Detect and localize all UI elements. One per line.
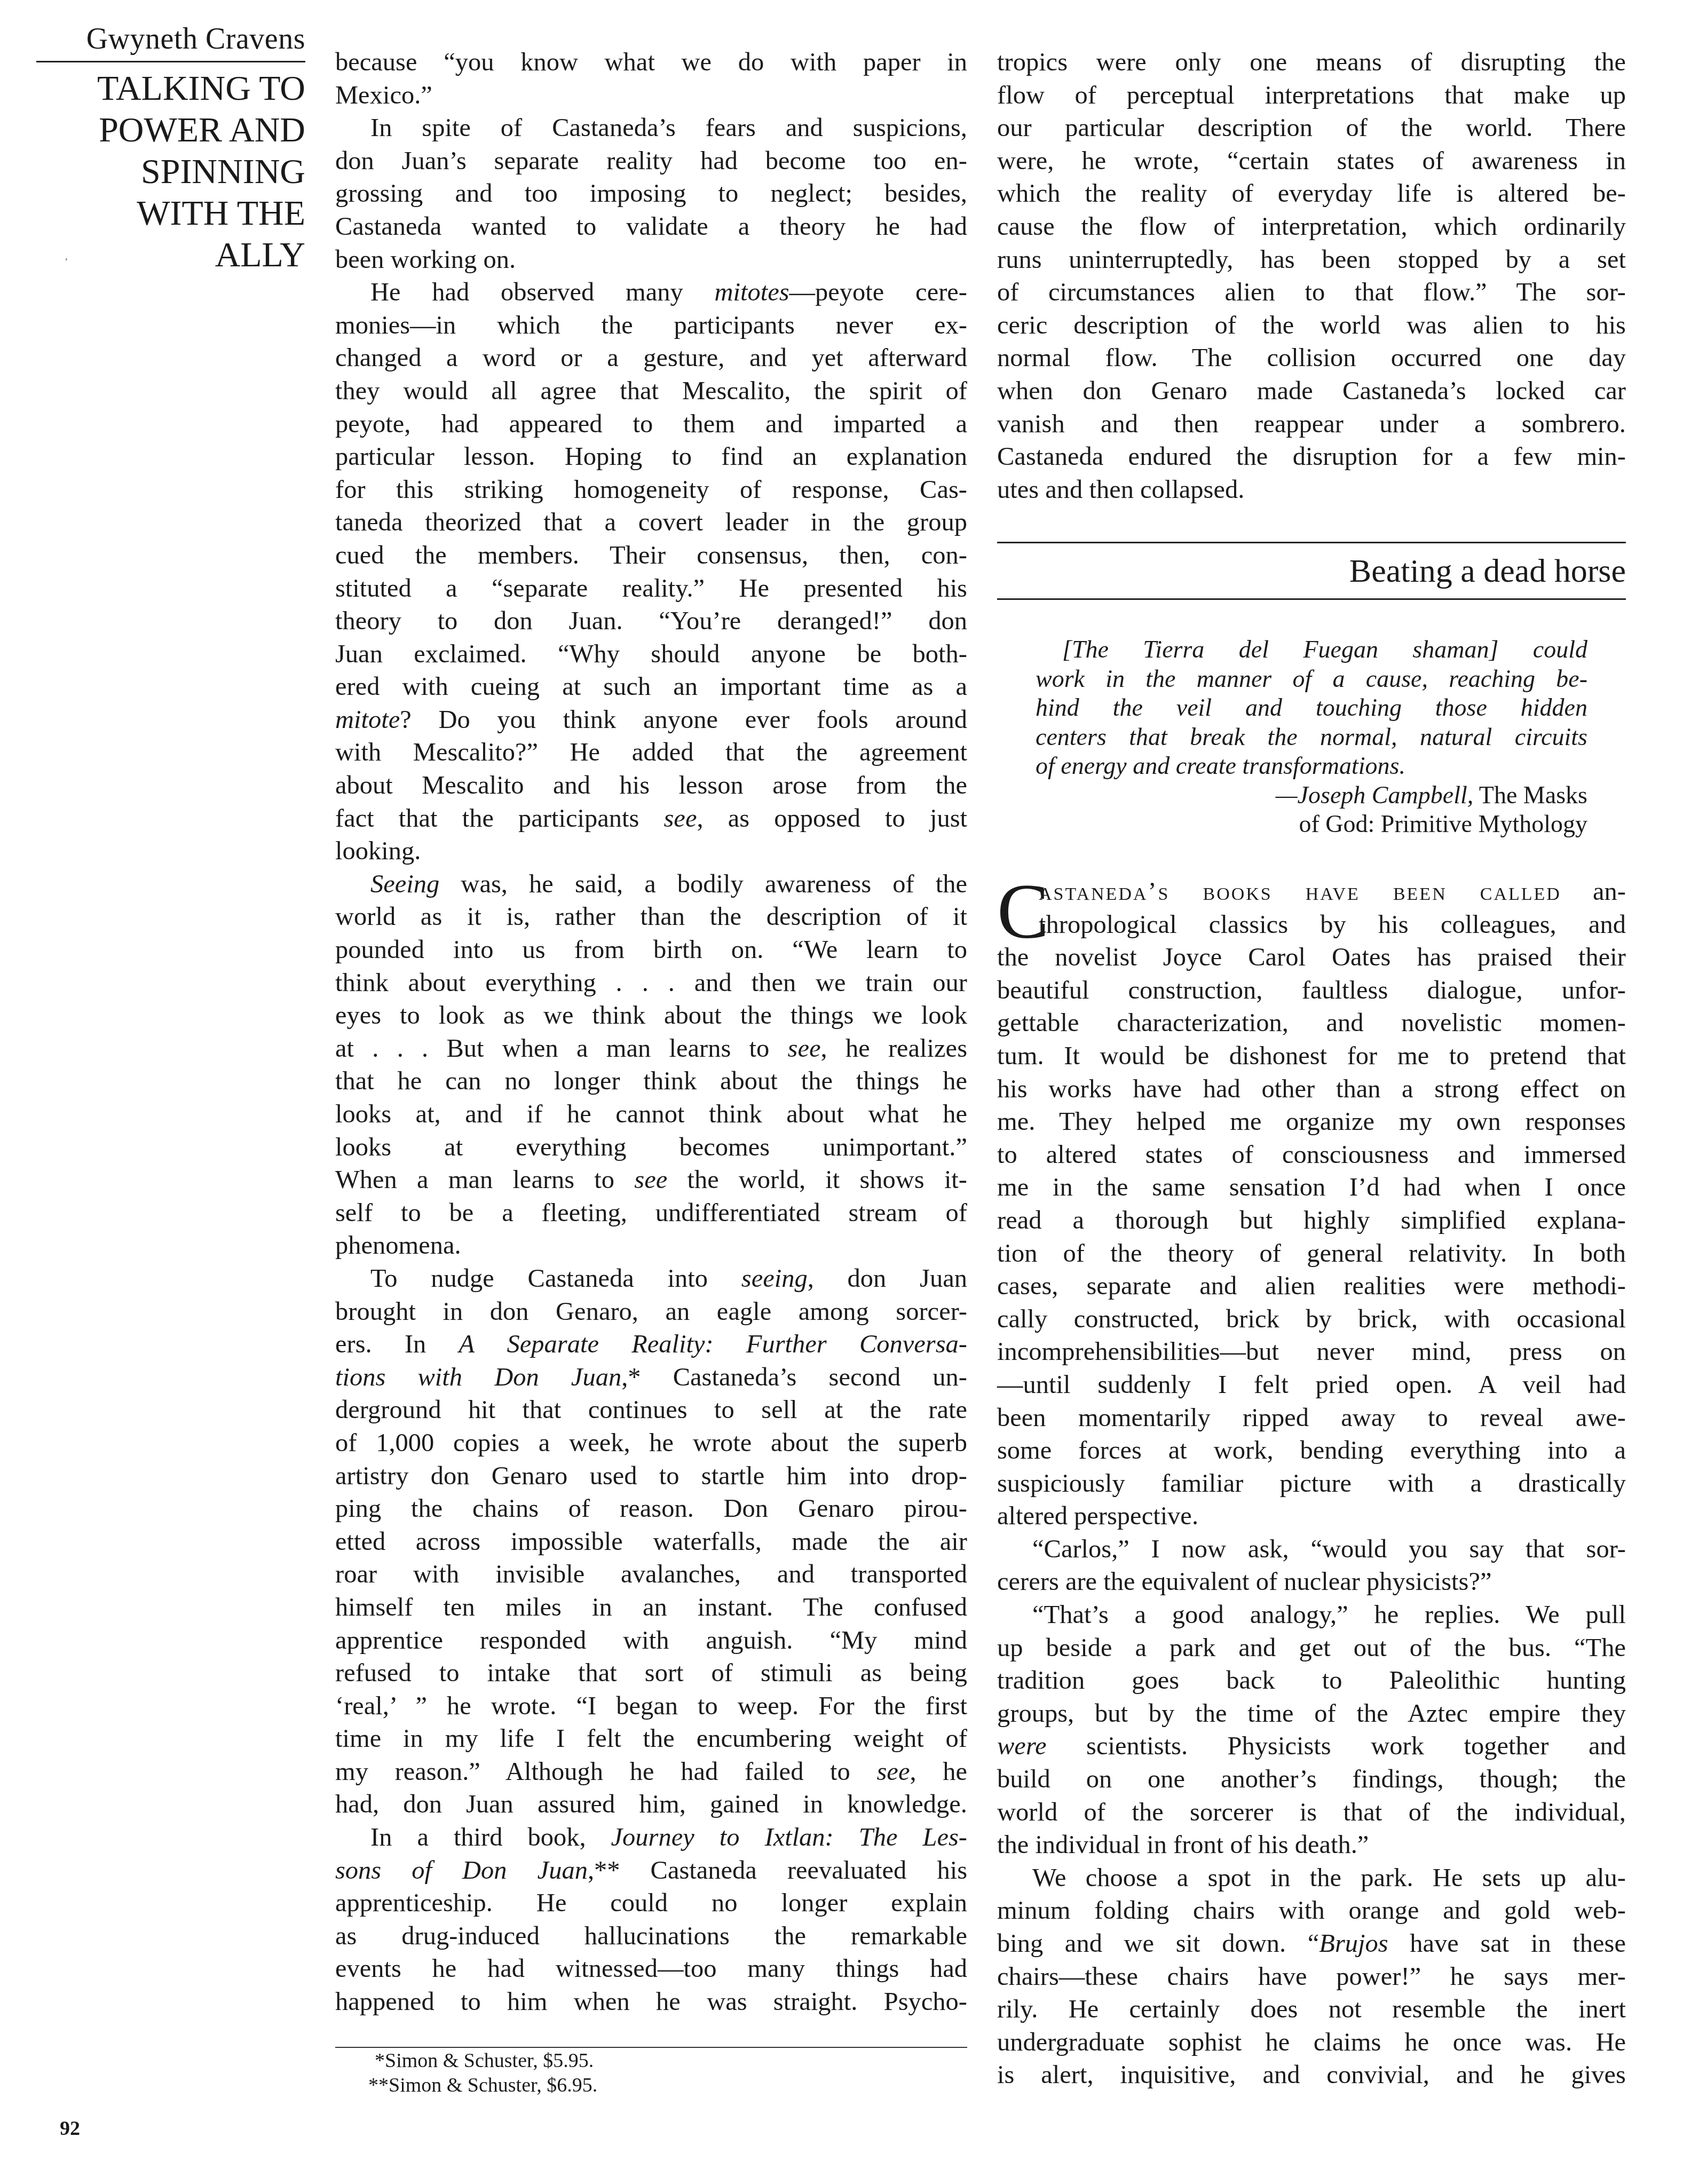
headline-line: WITH THE — [36, 193, 305, 234]
italic-text: see — [664, 804, 697, 833]
text-line: is alert, inquisitive, and convivial, an… — [997, 2059, 1626, 2092]
text-line: time in my life I felt the encumbering w… — [335, 1722, 967, 1755]
print-speck: , — [65, 251, 68, 262]
text-line: hind the veil and touching those hidden — [1036, 693, 1587, 723]
text-line: etted across impossible waterfalls, made… — [335, 1525, 967, 1558]
text-line: brought in don Genaro, an eagle among so… — [335, 1295, 967, 1328]
text-line: sons of Don Juan,** Castaneda reevaluate… — [335, 1854, 967, 1887]
text-line: read a thorough but highly simplified ex… — [997, 1204, 1626, 1237]
text-line: refused to intake that sort of stimuli a… — [335, 1657, 967, 1690]
text-line: Seeing was, he said, a bodily awareness … — [335, 868, 967, 901]
text-line: to altered states of consciousness and i… — [997, 1138, 1626, 1172]
text-line: as drug-induced hallucinations the remar… — [335, 1920, 967, 1953]
italic-text: seeing — [741, 1264, 808, 1293]
text-line: they would all agree that Mescalito, the… — [335, 375, 967, 408]
footnote: **Simon & Schuster, $6.95. — [368, 2073, 597, 2098]
text-line: because “you know what we do with paper … — [335, 46, 967, 79]
text-line: tropics were only one means of disruptin… — [997, 46, 1626, 79]
body-column-right-bottom: C astaneda’s books have been called an- … — [997, 875, 1626, 2092]
italic-text: sons of Don Juan — [335, 1856, 588, 1885]
text-line: taneda theorized that a covert leader in… — [335, 506, 967, 539]
text-line: some forces at work, bending everything … — [997, 1434, 1626, 1467]
text-line: In spite of Castaneda’s fears and suspic… — [335, 112, 967, 145]
text-line: tum. It would be dishonest for me to pre… — [997, 1040, 1626, 1073]
text-line: me in the same sensation I’d had when I … — [997, 1171, 1626, 1204]
text-line: about Mescalito and his lesson arose fro… — [335, 769, 967, 802]
text-line: grossing and too imposing to neglect; be… — [335, 177, 967, 210]
text-line: ered with cueing at such an important ti… — [335, 670, 967, 703]
epigraph-quote: [The Tierra del Fuegan shaman] couldwork… — [1036, 635, 1587, 839]
attribution-title: The Masks — [1473, 781, 1587, 809]
section-divider-bottom — [997, 598, 1626, 600]
text-line: had, don Juan assured him, gained in kno… — [335, 1788, 967, 1821]
text-line: particular lesson. Hoping to find an exp… — [335, 440, 967, 473]
headline-line: ALLY — [36, 234, 305, 276]
section-divider-top — [997, 542, 1626, 543]
text-line: normal flow. The collision occurred one … — [997, 342, 1626, 375]
text-line: my reason.” Although he had failed to se… — [335, 1755, 967, 1789]
footnote: *Simon & Schuster, $5.95. — [368, 2048, 597, 2073]
italic-text: see — [876, 1758, 910, 1786]
text-line: the novelist Joyce Carol Oates has prais… — [997, 941, 1626, 974]
text-line: think about everything . . . and then we… — [335, 967, 967, 1000]
italic-text: A Separate Reality: Further Conversa- — [459, 1330, 967, 1358]
text-line: altered perspective. — [997, 1500, 1626, 1533]
text-line: himself ten miles in an instant. The con… — [335, 1591, 967, 1624]
drop-cap: C — [997, 880, 1049, 944]
lead-in-rest: an- — [1561, 877, 1626, 906]
italic-text: were — [997, 1732, 1046, 1760]
text-line: roar with invisible avalanches, and tran… — [335, 1558, 967, 1591]
article-headline: TALKING TO POWER AND SPINNING WITH THE A… — [36, 68, 305, 276]
lead-in-smallcaps: astaneda’s books have been called — [1039, 877, 1561, 906]
text-line: minum folding chairs with orange and gol… — [997, 1894, 1626, 1927]
body-text: thropological classics by his colleagues… — [997, 908, 1626, 2092]
headline-line: TALKING TO — [36, 68, 305, 109]
text-line: monies—in which the participants never e… — [335, 309, 967, 342]
text-line: Castaneda wanted to validate a theory he… — [335, 210, 967, 243]
text-line: apprentice responded with anguish. “My m… — [335, 1624, 967, 1657]
headline-line: POWER AND — [36, 109, 305, 151]
text-line: been working on. — [335, 243, 967, 276]
text-line: looks at, and if he cannot think about w… — [335, 1098, 967, 1131]
text-line: chairs—these chairs have power!” he says… — [997, 1960, 1626, 1993]
page-number: 92 — [60, 2117, 80, 2140]
text-line: with Mescalito?” He added that the agree… — [335, 736, 967, 769]
text-line: To nudge Castaneda into seeing, don Juan — [335, 1262, 967, 1295]
text-line: We choose a spot in the park. He sets up… — [997, 1862, 1626, 1895]
text-line: He had observed many mitotes—peyote cere… — [335, 276, 967, 309]
text-line: looks at everything becomes unimportant.… — [335, 1131, 967, 1164]
text-line: bing and we sit down. “Brujos have sat i… — [997, 1927, 1626, 1960]
text-line: stituted a “separate reality.” He presen… — [335, 572, 967, 605]
text-line: self to be a fleeting, undifferentiated … — [335, 1197, 967, 1230]
attribution-author: —Joseph Campbell, — [1276, 781, 1474, 809]
text-line: —until suddenly I felt pried open. A vei… — [997, 1368, 1626, 1402]
text-line: don Juan’s separate reality had become t… — [335, 145, 967, 178]
text-line: his works have had other than a strong e… — [997, 1073, 1626, 1106]
text-line: peyote, had appeared to them and imparte… — [335, 408, 967, 441]
text-line: events he had witnessed—too many things … — [335, 1952, 967, 1985]
text-line: cases, separate and alien realities were… — [997, 1270, 1626, 1303]
italic-text: Journey to Ixtlan: The Les- — [611, 1823, 967, 1851]
text-line: incomprehensibilities—but never mind, pr… — [997, 1335, 1626, 1368]
text-line: of 1,000 copies a week, he wrote about t… — [335, 1427, 967, 1460]
text-line: groups, but by the time of the Aztec emp… — [997, 1697, 1626, 1730]
section-heading: Beating a dead horse — [997, 550, 1626, 592]
text-line: eyes to look as we think about the thing… — [335, 999, 967, 1032]
text-line: been momentarily ripped away to reveal a… — [997, 1402, 1626, 1435]
author-byline: Gwyneth Cravens — [36, 21, 305, 62]
text-line: tion of the theory of general relativity… — [997, 1237, 1626, 1270]
text-line: mitote? Do you think anyone ever fools a… — [335, 703, 967, 737]
text-line: that he can no longer think about the th… — [335, 1065, 967, 1098]
headline-line: SPINNING — [36, 151, 305, 193]
epigraph-text: [The Tierra del Fuegan shaman] couldwork… — [1036, 635, 1587, 781]
italic-text: tions with Don Juan — [335, 1363, 621, 1391]
text-line: ceric description of the world was alien… — [997, 309, 1626, 342]
text-line: thropological classics by his colleagues… — [997, 908, 1626, 941]
italic-text: Brujos — [1319, 1929, 1388, 1958]
text-line: build on one another’s findings, though;… — [997, 1763, 1626, 1796]
text-line: theory to don Juan. “You’re deranged!” d… — [335, 605, 967, 638]
text-line: were, he wrote, “certain states of aware… — [997, 145, 1626, 178]
text-line: changed a word or a gesture, and yet aft… — [335, 342, 967, 375]
byline-column: Gwyneth Cravens TALKING TO POWER AND SPI… — [36, 21, 305, 276]
text-line: fact that the participants see, as oppos… — [335, 802, 967, 835]
text-line: the individual in front of his death.” — [997, 1829, 1626, 1862]
text-line: me. They helped me organize my own respo… — [997, 1105, 1626, 1138]
epigraph-attribution: —Joseph Campbell, The Masks — [1036, 781, 1587, 810]
text-line: undergraduate sophist he claims he once … — [997, 2026, 1626, 2059]
italic-text: see — [788, 1034, 821, 1063]
text-line: gettable characterization, and novelisti… — [997, 1007, 1626, 1040]
text-line: Castaneda endured the disruption for a f… — [997, 440, 1626, 473]
text-line: suspiciously familiar picture with a dra… — [997, 1467, 1626, 1500]
text-line: cerers are the equivalent of nuclear phy… — [997, 1565, 1626, 1599]
text-line: at . . . But when a man learns to see, h… — [335, 1032, 967, 1065]
text-line: “Carlos,” I now ask, “would you say that… — [997, 1533, 1626, 1566]
text-line: of energy and create transformations. — [1036, 751, 1587, 781]
magazine-page: Gwyneth Cravens TALKING TO POWER AND SPI… — [0, 0, 1691, 2184]
text-line: utes and then collapsed. — [997, 473, 1626, 507]
text-line: pounded into us from birth on. “We learn… — [335, 933, 967, 967]
body-column-right-top: tropics were only one means of disruptin… — [997, 46, 1626, 506]
text-line: ping the chains of reason. Don Genaro pi… — [335, 1492, 967, 1525]
body-column-middle: because “you know what we do with paper … — [335, 46, 967, 2019]
text-line: work in the manner of a cause, reaching … — [1036, 664, 1587, 694]
text-line: cause the flow of interpretation, which … — [997, 210, 1626, 243]
text-line: In a third book, Journey to Ixtlan: The … — [335, 1821, 967, 1854]
text-line: flow of perceptual interpretations that … — [997, 79, 1626, 112]
text-line: ‘real,’ ” he wrote. “I began to weep. Fo… — [335, 1690, 967, 1723]
text-line: happened to him when he was straight. Ps… — [335, 1985, 967, 2019]
italic-text: mitote — [335, 706, 400, 734]
text-line: tions with Don Juan,* Castaneda’s second… — [335, 1361, 967, 1394]
text-line: which the reality of everyday life is al… — [997, 177, 1626, 210]
text-line: looking. — [335, 835, 967, 868]
text-line: for this striking homogeneity of respons… — [335, 473, 967, 507]
text-line: centers that break the normal, natural c… — [1036, 723, 1587, 752]
italic-text: Seeing — [370, 870, 439, 898]
text-line: were scientists. Physicists work togethe… — [997, 1730, 1626, 1763]
text-line: artistry don Genaro used to startle him … — [335, 1460, 967, 1493]
text-line: apprenticeship. He could no longer expla… — [335, 1887, 967, 1920]
italic-text: see — [634, 1166, 667, 1194]
text-line: of circumstances alien to that flow.” Th… — [997, 276, 1626, 309]
text-line: vanish and then reappear under a sombrer… — [997, 408, 1626, 441]
footnote-divider — [335, 2047, 967, 2048]
text-line: cued the members. Their consensus, then,… — [335, 539, 967, 572]
text-line: “That’s a good analogy,” he replies. We … — [997, 1599, 1626, 1632]
text-line: When a man learns to see the world, it s… — [335, 1164, 967, 1197]
text-line: Mexico.” — [335, 79, 967, 112]
text-line: our particular description of the world.… — [997, 112, 1626, 145]
text-line: when don Genaro made Castaneda’s locked … — [997, 375, 1626, 408]
text-line: cally constructed, brick by brick, with … — [997, 1303, 1626, 1336]
text-line: beautiful construction, faultless dialog… — [997, 974, 1626, 1007]
footnotes: *Simon & Schuster, $5.95. **Simon & Schu… — [368, 2048, 597, 2098]
text-line: astaneda’s books have been called an- — [997, 875, 1626, 908]
text-line: up beside a park and get out of the bus.… — [997, 1632, 1626, 1665]
text-line: rily. He certainly does not resemble the… — [997, 1993, 1626, 2026]
text-line: derground hit that continues to sell at … — [335, 1394, 967, 1427]
epigraph-attribution-line-2: of God: Primitive Mythology — [1036, 810, 1587, 839]
text-line: world of the sorcerer is that of the ind… — [997, 1796, 1626, 1829]
text-line: [The Tierra del Fuegan shaman] could — [1036, 635, 1587, 664]
text-line: tradition goes back to Paleolithic hunti… — [997, 1664, 1626, 1697]
text-line: phenomena. — [335, 1229, 967, 1262]
text-line: runs uninterruptedly, has been stopped b… — [997, 243, 1626, 276]
italic-text: mitotes — [714, 278, 789, 306]
text-line: Juan exclaimed. “Why should anyone be bo… — [335, 638, 967, 671]
text-line: world as it is, rather than the descript… — [335, 900, 967, 933]
text-line: ers. In A Separate Reality: Further Conv… — [335, 1328, 967, 1361]
